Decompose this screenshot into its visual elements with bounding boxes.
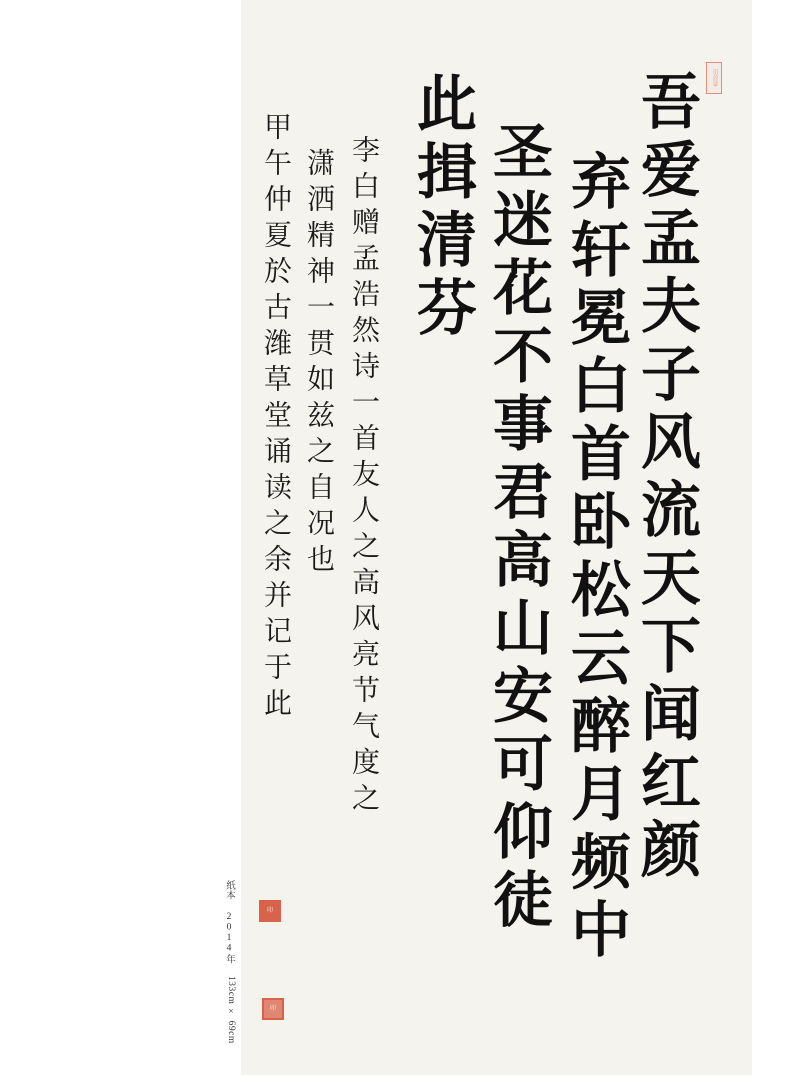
caption-dimensions: 133cm × 69cm [212, 976, 236, 1044]
inscription-column-1: 李白赠孟浩然诗一首友人之高风亮节气度之 [350, 135, 378, 819]
caption-material: 纸本 [212, 880, 236, 900]
artwork-caption: 纸本 2014年 133cm × 69cm [212, 880, 236, 1030]
main-column-1: 吾爱孟夫子风流天下闻红颜 [636, 70, 696, 886]
main-column-4: 此揖清芬 [412, 72, 472, 344]
caption-year: 2014年 [212, 912, 236, 964]
lower-seal: 印 [262, 998, 284, 1020]
inscription-column-3: 甲午仲夏於古潍草堂诵读之余并记于此 [262, 112, 290, 724]
signature-seal: 印 [259, 900, 281, 922]
main-column-3: 圣迷花不事君高山安可仰徒 [488, 120, 548, 936]
inscription-column-2: 潇洒精神一贯如兹之自况也 [305, 148, 333, 580]
leading-seal: 引首章 [706, 62, 722, 94]
main-column-2: 弃轩冕白首卧松云醉月频中 [566, 150, 626, 966]
